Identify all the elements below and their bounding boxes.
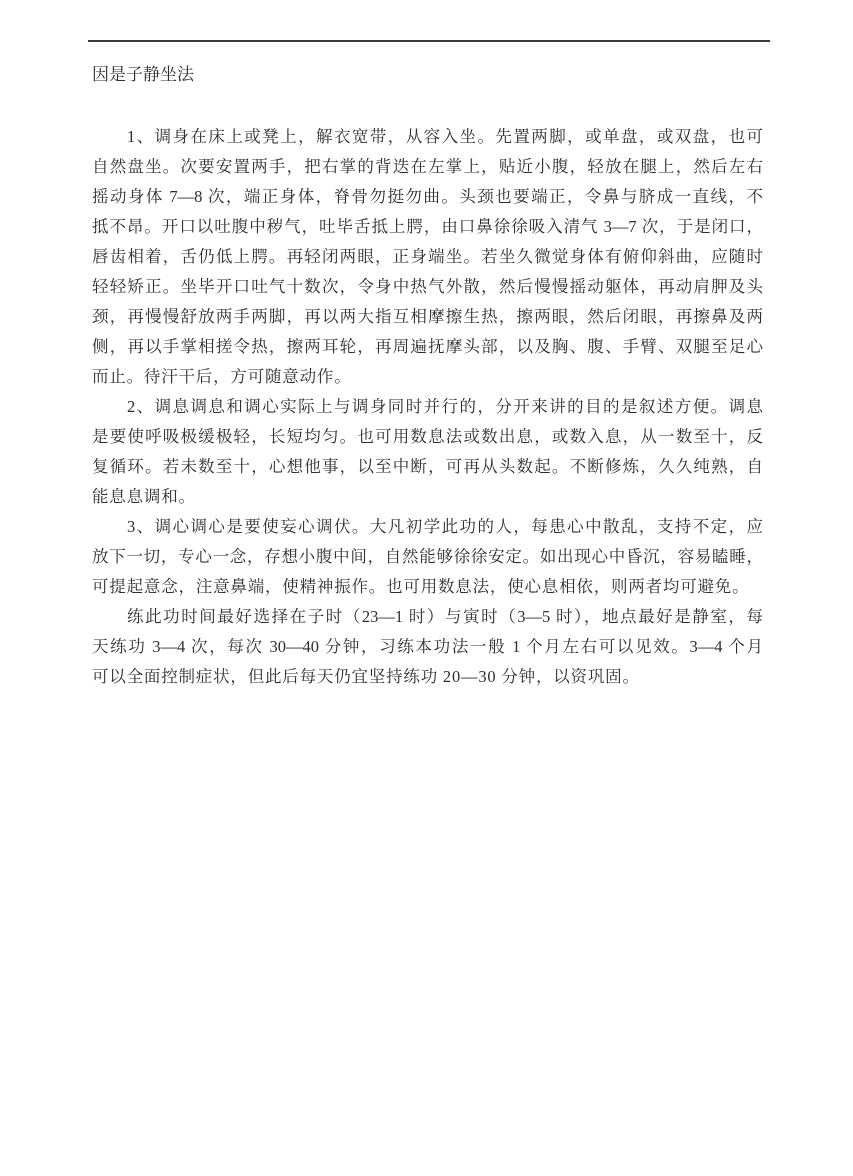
text-line: 能息息调和。 (92, 482, 763, 512)
text-line: 放下一切，专心一念，存想小腹中间，自然能够徐徐安定。如出现心中昏沉，容易瞌睡， (92, 542, 763, 572)
text-line: 天练功 3—4 次，每次 30—40 分钟，习练本功法一般 1 个月左右可以见效… (92, 632, 763, 662)
text-line: 2、调息调息和调心实际上与调身同时并行的，分开来讲的目的是叙述方便。调息 (92, 392, 763, 422)
text-line: 摇动身体 7—8 次，端正身体，脊骨勿挺勿曲。头颈也要端正，令鼻与脐成一直线，不 (92, 182, 763, 212)
text-line: 颈，再慢慢舒放两手两脚，再以两大指互相摩擦生热，擦两眼，然后闭眼，再擦鼻及两 (92, 302, 763, 332)
text-line: 3、调心调心是要使妄心调伏。大凡初学此功的人，每患心中散乱，支持不定，应 (92, 512, 763, 542)
document-body: 1、调身在床上或凳上，解衣宽带，从容入坐。先置两脚，或单盘，或双盘，也可自然盘坐… (92, 122, 763, 692)
paragraph: 练此功时间最好选择在子时（23—1 时）与寅时（3—5 时），地点最好是静室，每… (92, 602, 763, 692)
paragraph: 3、调心调心是要使妄心调伏。大凡初学此功的人，每患心中散乱，支持不定，应放下一切… (92, 512, 763, 602)
text-line: 轻轻矫正。坐毕开口吐气十数次，令身中热气外散，然后慢慢摇动躯体，再动肩胛及头 (92, 272, 763, 302)
text-line: 抵不昂。开口以吐腹中秽气，吐毕舌抵上腭，由口鼻徐徐吸入清气 3—7 次，于是闭口… (92, 212, 763, 242)
document-page: 因是子静坐法 1、调身在床上或凳上，解衣宽带，从容入坐。先置两脚，或单盘，或双盘… (0, 0, 853, 1176)
text-line: 是要使呼吸极缓极轻，长短均匀。也可用数息法或数出息，或数入息，从一数至十，反 (92, 422, 763, 452)
paragraph: 2、调息调息和调心实际上与调身同时并行的，分开来讲的目的是叙述方便。调息是要使呼… (92, 392, 763, 512)
text-line: 1、调身在床上或凳上，解衣宽带，从容入坐。先置两脚，或单盘，或双盘，也可 (92, 122, 763, 152)
text-line: 可提起意念，注意鼻端，使精神振作。也可用数息法，使心息相依，则两者均可避免。 (92, 572, 763, 602)
text-line: 而止。待汗干后，方可随意动作。 (92, 362, 763, 392)
paragraph: 1、调身在床上或凳上，解衣宽带，从容入坐。先置两脚，或单盘，或双盘，也可自然盘坐… (92, 122, 763, 392)
header-rule-divider (88, 40, 770, 42)
text-line: 可以全面控制症状，但此后每天仍宜坚持练功 20—30 分钟，以资巩固。 (92, 662, 763, 692)
text-line: 侧，再以手掌相搓令热，擦两耳轮，再周遍抚摩头部，以及胸、腹、手臂、双腿至足心 (92, 332, 763, 362)
text-line: 复循环。若未数至十，心想他事，以至中断，可再从头数起。不断修炼，久久纯熟，自 (92, 452, 763, 482)
text-line: 唇齿相着，舌仍低上腭。再轻闭两眼，正身端坐。若坐久微觉身体有俯仰斜曲，应随时 (92, 242, 763, 272)
document-title: 因是子静坐法 (92, 62, 194, 88)
text-line: 练此功时间最好选择在子时（23—1 时）与寅时（3—5 时），地点最好是静室，每 (92, 602, 763, 632)
text-line: 自然盘坐。次要安置两手，把右掌的背迭在左掌上，贴近小腹，轻放在腿上，然后左右 (92, 152, 763, 182)
